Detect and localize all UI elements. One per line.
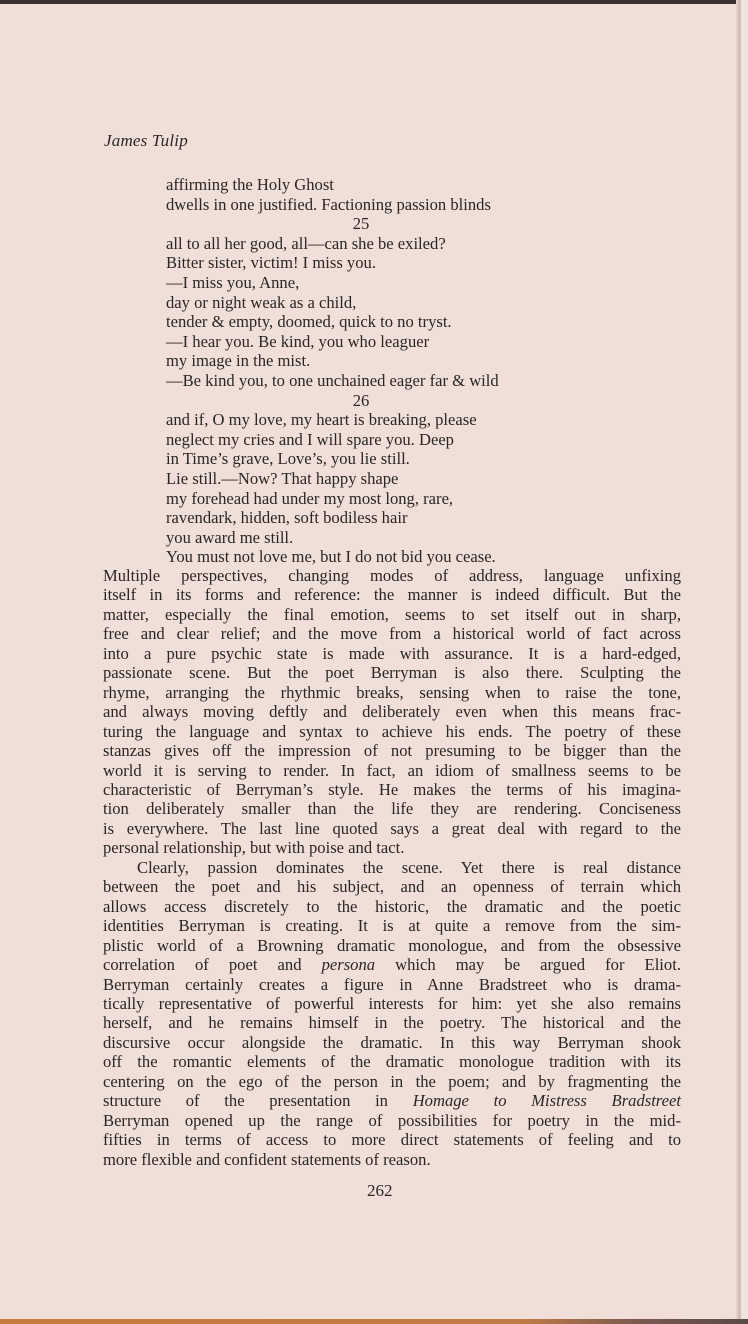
poem-line: day or night weak as a child, (166, 293, 616, 313)
poem-line: my forehead had under my most long, rare… (166, 489, 616, 509)
poem-line: affirming the Holy Ghost (166, 175, 616, 195)
page-number: 262 (367, 1181, 393, 1201)
poem-line: You must not love me, but I do not bid y… (166, 547, 616, 567)
poem-line: tender & empty, doomed, quick to no trys… (166, 312, 616, 332)
text-line: itself in its forms and reference: the m… (103, 585, 681, 604)
text-fragment: structure of the presentation in (103, 1091, 413, 1110)
poem-line: all to all her good, all—can she be exil… (166, 234, 616, 254)
text-line: fifties in terms of access to more direc… (103, 1130, 681, 1149)
text-line: more flexible and confident statements o… (103, 1150, 681, 1169)
stanza-number: 25 (166, 214, 556, 234)
text-line: identities Berryman is creating. It is a… (103, 916, 681, 935)
text-line: characteristic of Berryman’s style. He m… (103, 780, 681, 799)
text-line: structure of the presentation in Homage … (103, 1091, 681, 1110)
text-line: matter, especially the final emotion, se… (103, 605, 681, 624)
poem-line: —I hear you. Be kind, you who leaguer (166, 332, 616, 352)
text-line: free and clear relief; and the move from… (103, 624, 681, 643)
text-line: personal relationship, but with poise an… (103, 838, 681, 857)
italic-term-persona: persona (322, 955, 375, 974)
text-line: Multiple perspectives, changing modes of… (103, 566, 681, 585)
poem-line: —Be kind you, to one unchained eager far… (166, 371, 616, 391)
poem-line: —I miss you, Anne, (166, 273, 616, 293)
poem-line: ravendark, hidden, soft bodiless hair (166, 508, 616, 528)
text-line: turing the language and syntax to achiev… (103, 722, 681, 741)
text-line: into a pure psychic state is made with a… (103, 644, 681, 663)
text-line: Clearly, passion dominates the scene. Ye… (103, 858, 681, 877)
text-line: allows access discretely to the historic… (103, 897, 681, 916)
running-head-author: James Tulip (104, 131, 188, 151)
text-line: passionate scene. But the poet Berryman … (103, 663, 681, 682)
text-line: centering on the ego of the person in th… (103, 1072, 681, 1091)
text-fragment: which may be argued for Eliot. (375, 955, 681, 974)
text-line: tically representative of powerful inter… (103, 994, 681, 1013)
text-line: correlation of poet and persona which ma… (103, 955, 681, 974)
text-line: rhyme, arranging the rhythmic breaks, se… (103, 683, 681, 702)
text-line: stanzas gives off the impression of not … (103, 741, 681, 760)
text-line: Berryman opened up the range of possibil… (103, 1111, 681, 1130)
poem-excerpt: affirming the Holy Ghost dwells in one j… (166, 175, 616, 567)
paragraph-2: Clearly, passion dominates the scene. Ye… (103, 858, 681, 1169)
poem-line: neglect my cries and I will spare you. D… (166, 430, 616, 450)
poem-line: my image in the mist. (166, 351, 616, 371)
poem-line: in Time’s grave, Love’s, you lie still. (166, 449, 616, 469)
poem-line: and if, O my love, my heart is breaking,… (166, 410, 616, 430)
text-line: plistic world of a Browning dramatic mon… (103, 936, 681, 955)
text-line: off the romantic elements of the dramati… (103, 1052, 681, 1071)
poem-line: Lie still.—Now? That happy shape (166, 469, 616, 489)
text-line: Berryman certainly creates a figure in A… (103, 975, 681, 994)
text-line: world it is serving to render. In fact, … (103, 761, 681, 780)
poem-line: Bitter sister, victim! I miss you. (166, 253, 616, 273)
book-page: James Tulip affirming the Holy Ghost dwe… (0, 0, 748, 1324)
text-line: between the poet and his subject, and an… (103, 877, 681, 896)
text-line: discursive occur alongside the dramatic.… (103, 1033, 681, 1052)
paragraph-1: Multiple perspectives, changing modes of… (103, 566, 681, 858)
text-line: tion deliberately smaller than the life … (103, 799, 681, 818)
poem-line: dwells in one justified. Factioning pass… (166, 195, 616, 215)
text-line: is everywhere. The last line quoted says… (103, 819, 681, 838)
body-text: Multiple perspectives, changing modes of… (103, 566, 681, 1169)
text-line: herself, and he remains himself in the p… (103, 1013, 681, 1032)
poem-line: you award me still. (166, 528, 616, 548)
text-fragment: correlation of poet and (103, 955, 322, 974)
italic-book-title: Homage to Mistress Bradstreet (413, 1091, 681, 1110)
text-line: and always moving deftly and deliberatel… (103, 702, 681, 721)
stanza-number: 26 (166, 391, 556, 411)
